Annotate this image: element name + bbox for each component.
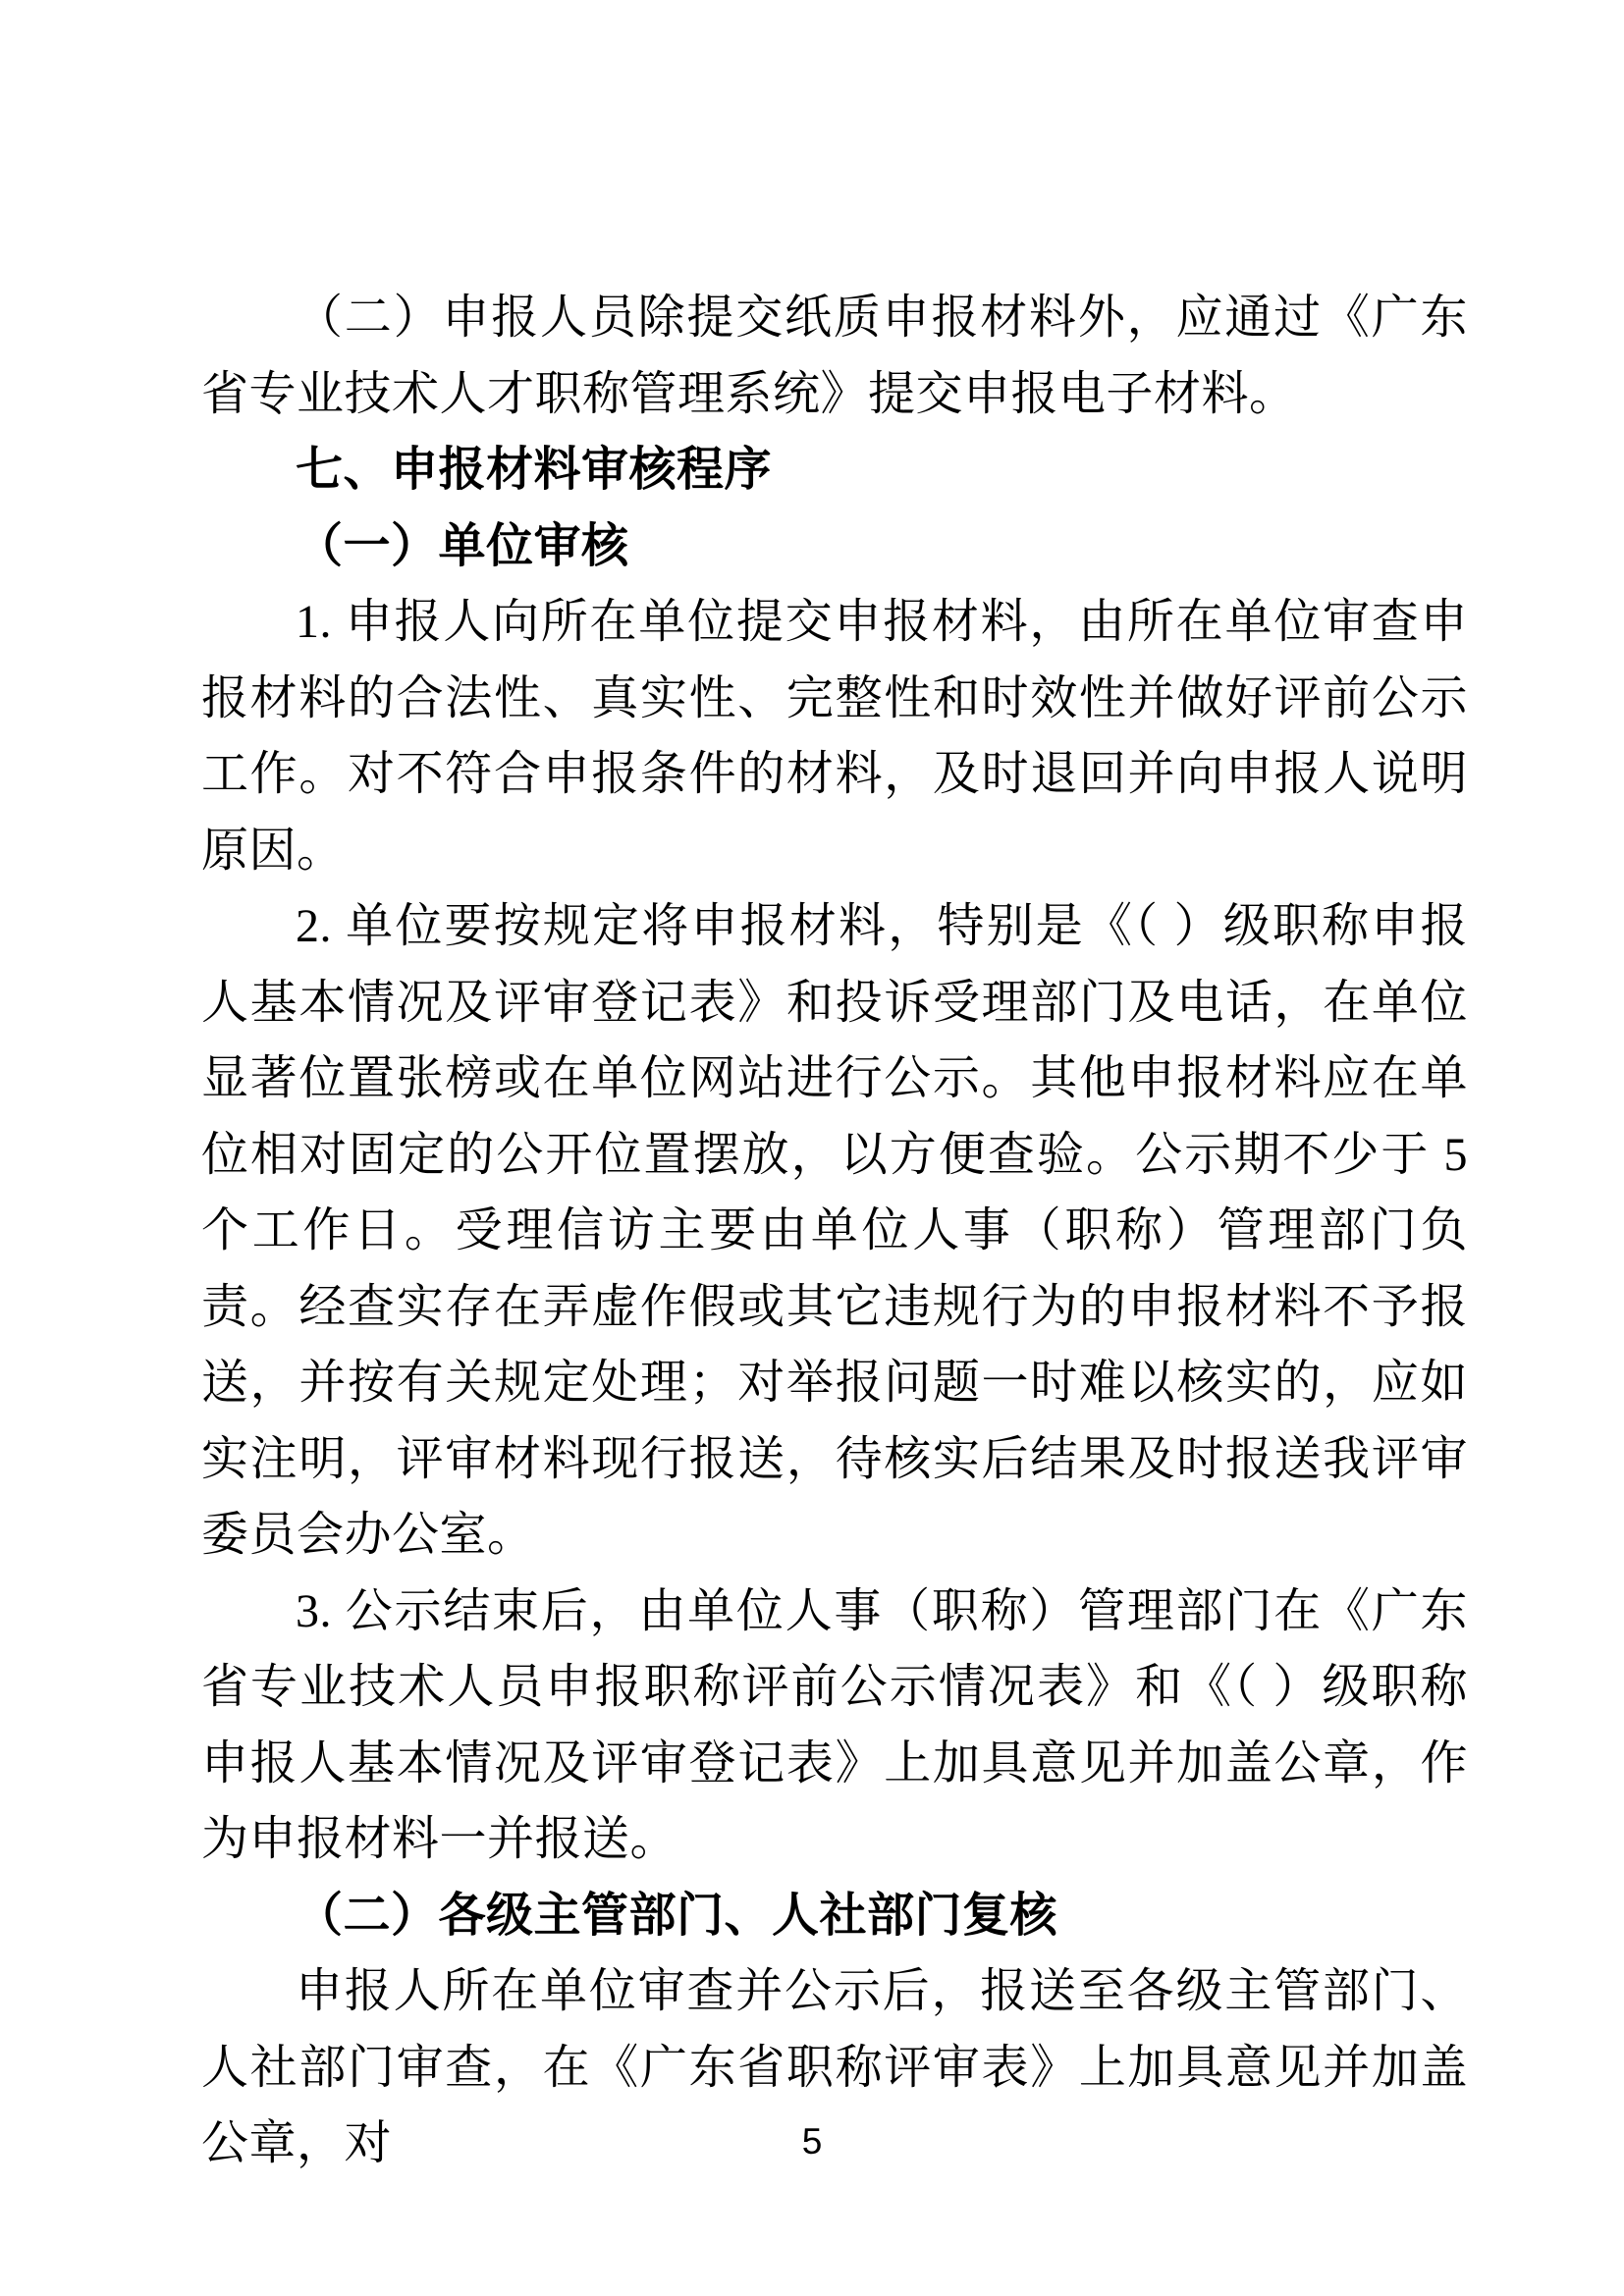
subsection-heading-departments-recheck: （二）各级主管部门、人社部门复核 [201,1878,1468,1954]
paragraph-electronic-materials: （二）申报人员除提交纸质申报材料外，应通过《广东省专业技术人才职称管理系统》提交… [201,280,1468,432]
page-number: 5 [802,2121,823,2162]
paragraph-unit-review-3: 3. 公示结束后，由单位人事（职称）管理部门在《广东省专业技术人员申报职称评前公… [201,1574,1468,1878]
document-page: （二）申报人员除提交纸质申报材料外，应通过《广东省专业技术人才职称管理系统》提交… [0,0,1624,2296]
document-body: （二）申报人员除提交纸质申报材料外，应通过《广东省专业技术人才职称管理系统》提交… [201,280,1468,2182]
paragraph-unit-review-1: 1. 申报人向所在单位提交申报材料，由所在单位审查申报材料的合法性、真实性、完整… [201,584,1468,888]
section-heading-review-procedure: 七、申报材料审核程序 [201,432,1468,508]
subsection-heading-unit-review: （一）单位审核 [201,508,1468,585]
page-footer: 5 [0,2112,1624,2171]
paragraph-unit-review-2: 2. 单位要按规定将申报材料，特别是《（ ）级职称申报人基本情况及评审登记表》和… [201,888,1468,1574]
